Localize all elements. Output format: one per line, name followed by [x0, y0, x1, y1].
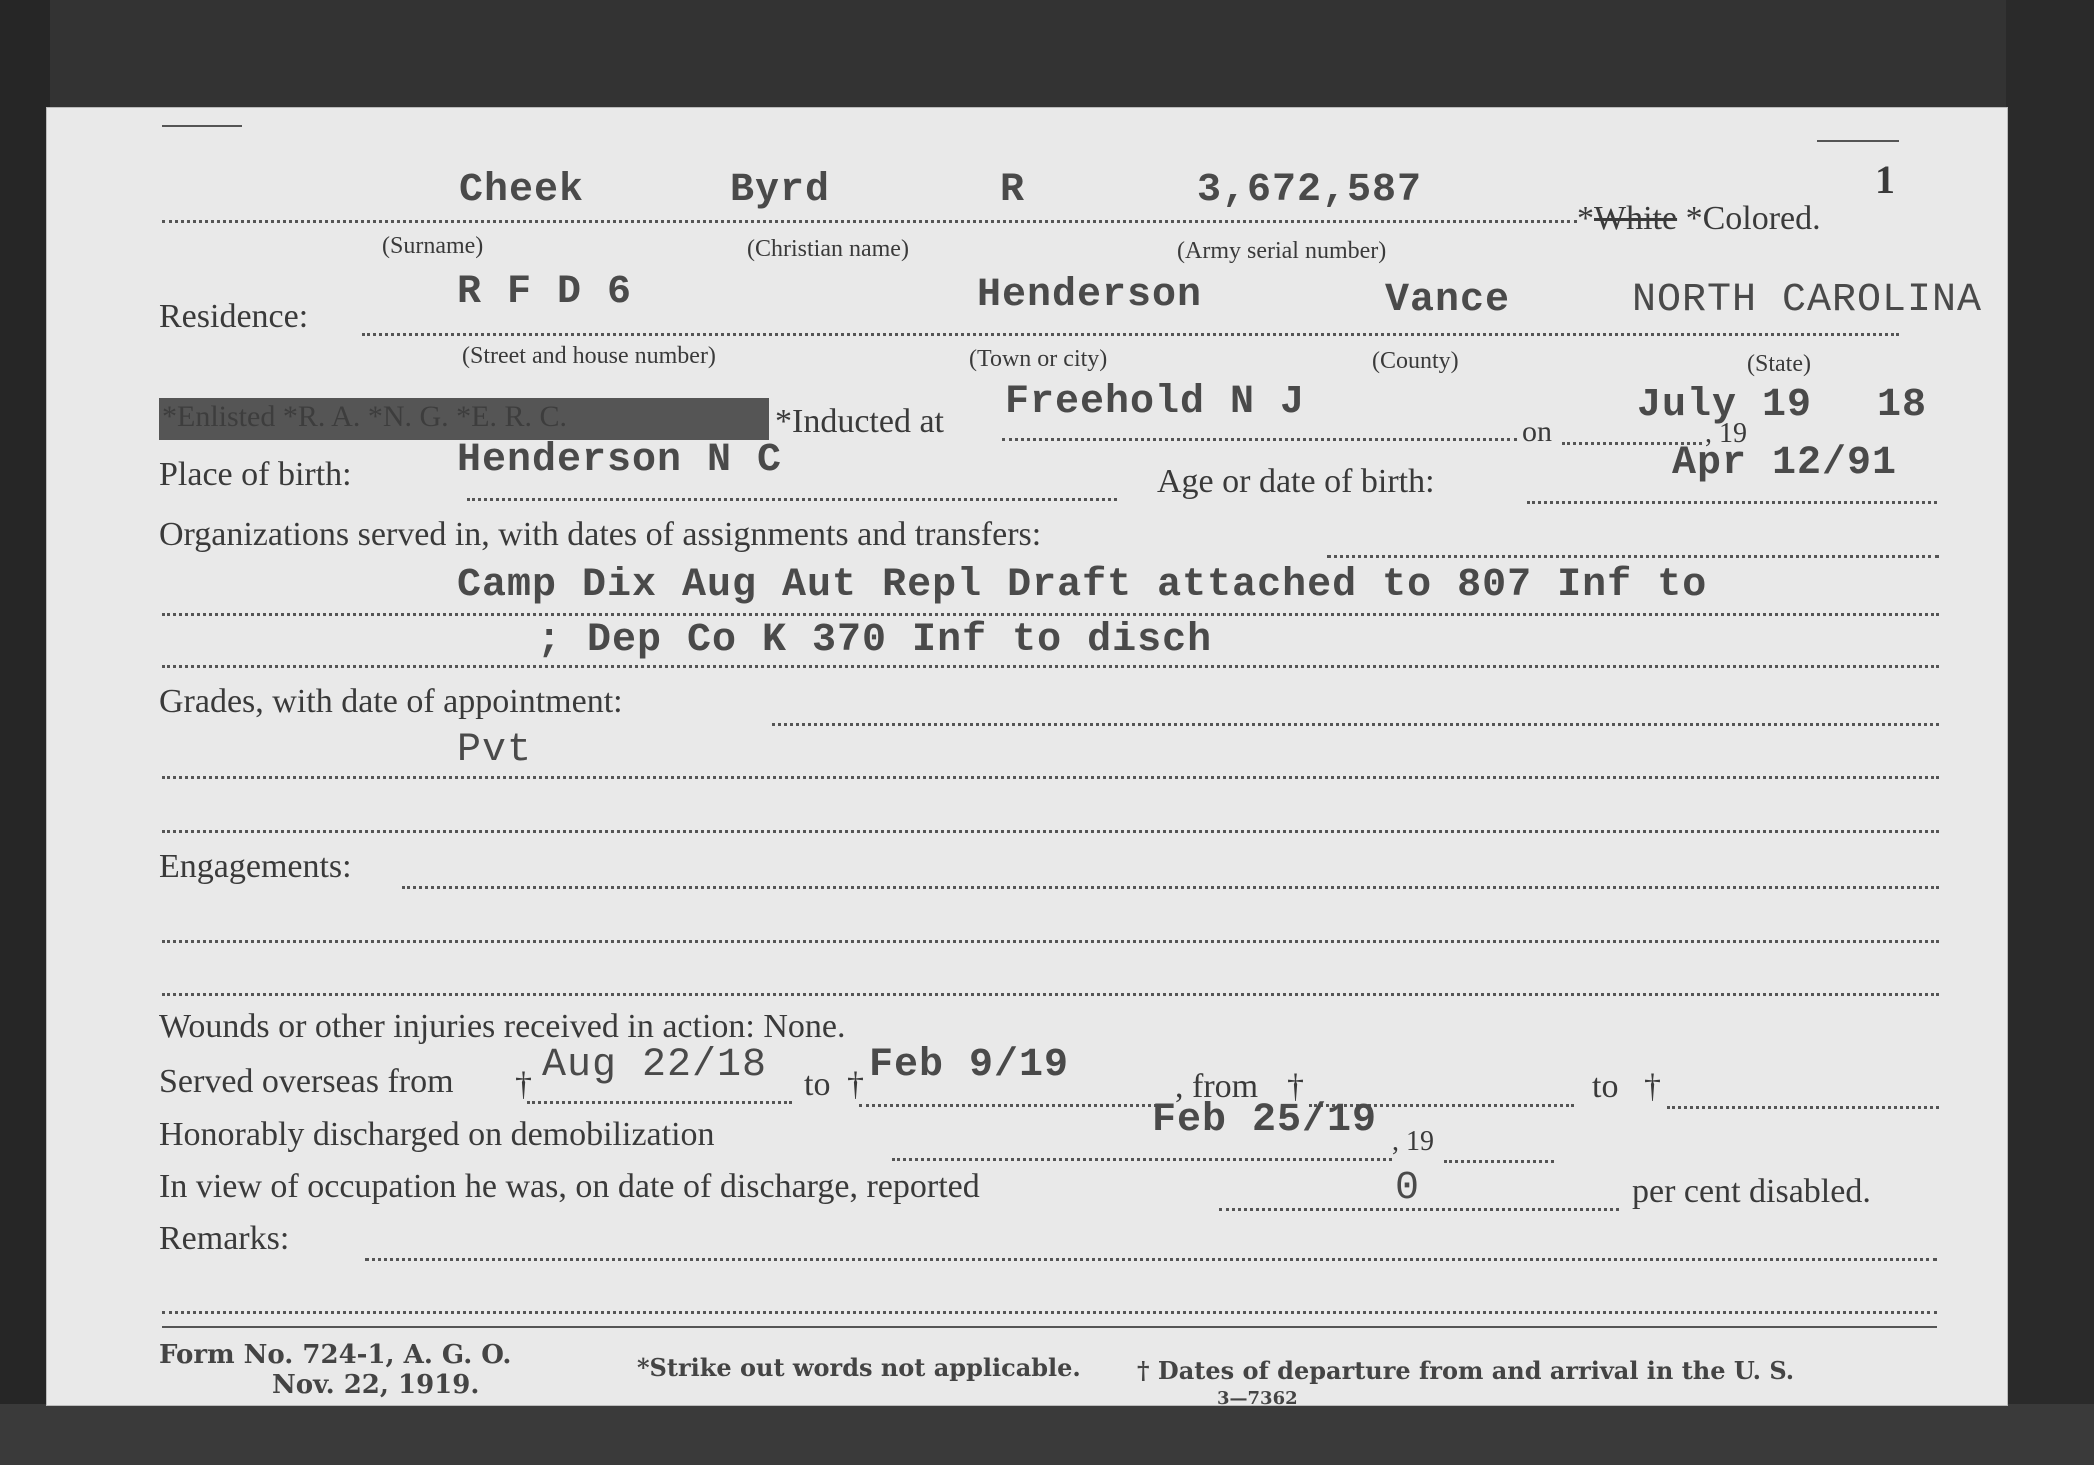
engagements-line-1	[162, 940, 1939, 943]
christian-name-value: Byrd	[730, 168, 830, 213]
overseas-to-label: to	[804, 1066, 830, 1104]
residence-county-value: Vance	[1385, 278, 1510, 323]
dagger-2: †	[847, 1066, 864, 1104]
served-overseas-label: Served overseas from	[159, 1063, 454, 1101]
organizations-line-2-value: ; Dep Co K 370 Inf to disch	[537, 618, 1212, 663]
wounds-label: Wounds or other injuries received in act…	[159, 1008, 846, 1046]
discharge-date-value: Feb 25/19	[1152, 1098, 1377, 1143]
organizations-line-0	[1327, 555, 1939, 558]
place-of-birth-line	[467, 498, 1117, 501]
organizations-line-1	[162, 613, 1939, 616]
residence-line	[362, 333, 1899, 336]
place-of-birth-value: Henderson N C	[457, 438, 782, 483]
grades-line-0	[772, 723, 1939, 726]
engagements-label: Engagements:	[159, 848, 352, 886]
surname-value: Cheek	[459, 168, 584, 213]
strike-out-note: *Strike out words not applicable.	[637, 1353, 1081, 1382]
state-label: (State)	[1747, 351, 1811, 378]
race-option-colored: Colored.	[1703, 200, 1821, 237]
discharge-year-label: , 19	[1392, 1126, 1434, 1158]
army-serial-number-label: (Army serial number)	[1177, 238, 1386, 265]
race-options: *White *Colored.	[1577, 200, 1821, 238]
form-date: Nov. 22, 1919.	[272, 1370, 479, 1400]
residence-label: Residence:	[159, 298, 308, 336]
remarks-line-2	[162, 1311, 1937, 1314]
grades-value: Pvt	[457, 728, 532, 773]
dagger-note: † Dates of departure from and arrival in…	[1137, 1356, 1794, 1385]
date-of-birth-label: Age or date of birth:	[1157, 463, 1435, 501]
on-label: on	[1522, 415, 1552, 449]
residence-state-value: NORTH CAROLINA	[1632, 278, 1982, 323]
discharge-label: Honorably discharged on demobilization	[159, 1116, 715, 1154]
form-number: Form No. 724-1, A. G. O.	[159, 1340, 512, 1370]
wounds-value: None.	[763, 1008, 845, 1045]
inducted-at-line	[1002, 438, 1517, 441]
race-option-white: White	[1594, 200, 1677, 237]
induction-year-value: 18	[1877, 383, 1927, 428]
inducted-at-label: *Inducted at	[775, 403, 944, 441]
overseas-to-value: Feb 9/19	[869, 1043, 1069, 1088]
remarks-line-1	[365, 1258, 1937, 1261]
surname-label: (Surname)	[382, 233, 483, 260]
street-label: (Street and house number)	[462, 343, 716, 370]
dagger-4: †	[1644, 1068, 1661, 1106]
disability-suffix: per cent disabled.	[1632, 1173, 1871, 1211]
remarks-label: Remarks:	[159, 1220, 289, 1258]
enlisted-options: *Enlisted *R. A. *N. G. *E. R. C.	[162, 400, 567, 434]
footer-rule	[162, 1326, 1937, 1328]
overseas-from-value: Aug 22/18	[542, 1043, 767, 1088]
overseas-to-2-line	[1667, 1106, 1939, 1109]
print-code: 3—7362	[1217, 1388, 1298, 1409]
town-label: (Town or city)	[969, 346, 1107, 373]
dagger-1: †	[515, 1066, 532, 1104]
organizations-line-2	[162, 665, 1939, 668]
service-record-card: 1 Cheek Byrd R 3,672,587 *White *Colored…	[46, 107, 2008, 1406]
date-of-birth-value: Apr 12/91	[1672, 441, 1897, 486]
middle-initial-value: R	[1000, 168, 1025, 213]
grades-line-1	[162, 776, 1939, 779]
army-serial-number-value: 3,672,587	[1197, 168, 1422, 213]
disability-label: In view of occupation he was, on date of…	[159, 1168, 980, 1206]
engagements-line-2	[162, 993, 1939, 996]
top-left-mark	[162, 125, 242, 127]
grades-line-2	[162, 830, 1939, 833]
card-number: 1	[1875, 156, 1895, 203]
overseas-to-line	[859, 1104, 1169, 1107]
top-right-mark	[1817, 140, 1899, 142]
inducted-at-value: Freehold N J	[1005, 380, 1305, 425]
county-label: (County)	[1372, 348, 1459, 375]
scan-background-right	[2006, 0, 2094, 1465]
scan-background-left	[0, 0, 50, 1465]
engagements-line-0	[402, 886, 1939, 889]
date-of-birth-line	[1527, 501, 1937, 504]
grades-label: Grades, with date of appointment:	[159, 683, 623, 721]
christian-name-label: (Christian name)	[747, 236, 909, 263]
residence-town-value: Henderson	[977, 273, 1202, 318]
residence-street-value: R F D 6	[457, 270, 632, 315]
overseas-from-line	[527, 1101, 792, 1104]
scan-background-bottom	[0, 1404, 2094, 1465]
name-line	[162, 220, 1577, 223]
discharge-line	[892, 1158, 1392, 1161]
discharge-year-line	[1444, 1160, 1554, 1163]
place-of-birth-label: Place of birth:	[159, 456, 352, 494]
organizations-label: Organizations served in, with dates of a…	[159, 516, 1041, 554]
disability-value: 0	[1395, 1166, 1420, 1211]
organizations-line-1-value: Camp Dix Aug Aut Repl Draft attached to …	[457, 563, 1707, 608]
overseas-to-2-label: to	[1592, 1068, 1618, 1106]
